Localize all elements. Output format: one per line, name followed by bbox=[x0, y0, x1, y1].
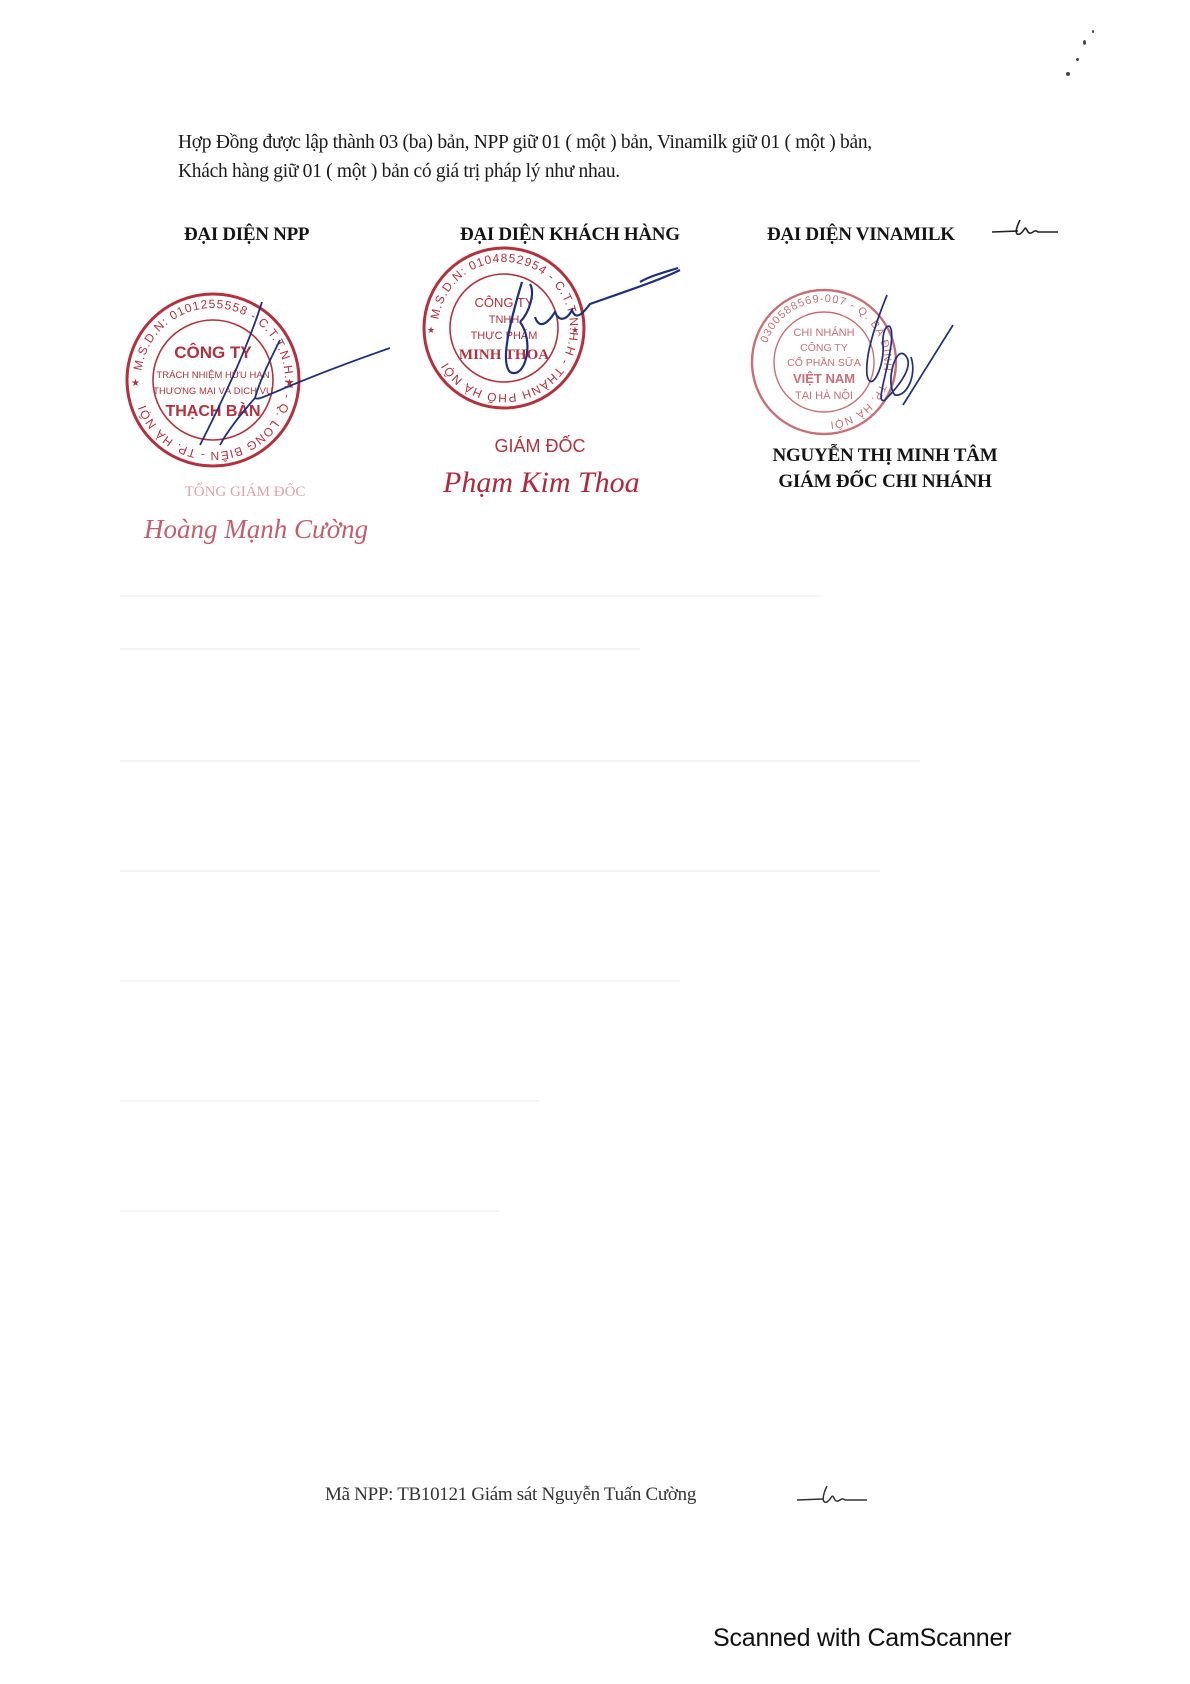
closing-paragraph: Hợp Đồng được lập thành 03 (ba) bản, NPP… bbox=[178, 128, 1078, 186]
heading-vinamilk-representative: ĐẠI DIỆN VINAMILK bbox=[767, 224, 955, 246]
camscanner-watermark: Scanned with CamScanner bbox=[713, 1624, 1011, 1653]
customer-signature-icon bbox=[480, 262, 700, 392]
scan-speck bbox=[1092, 30, 1094, 33]
vinamilk-signer-title: GIÁM ĐỐC CHI NHÁNH bbox=[752, 471, 1018, 493]
bleed-through-line bbox=[120, 1210, 500, 1212]
vinamilk-signature-icon bbox=[845, 285, 955, 425]
bleed-through-line bbox=[120, 870, 880, 872]
bleed-through-line bbox=[120, 595, 820, 597]
paragraph-line-1: Hợp Đồng được lập thành 03 (ba) bản, NPP… bbox=[178, 128, 1078, 157]
svg-text:★: ★ bbox=[131, 378, 140, 389]
paragraph-line-2: Khách hàng giữ 01 ( một ) bản có giá trị… bbox=[178, 157, 1078, 186]
scan-speck bbox=[1066, 72, 1070, 76]
bleed-through-line bbox=[120, 648, 640, 650]
scan-speck bbox=[1083, 40, 1086, 45]
scan-speck bbox=[1076, 58, 1079, 61]
heading-customer-representative: ĐẠI DIỆN KHÁCH HÀNG bbox=[460, 224, 680, 246]
distributor-code-line: Mã NPP: TB10121 Giám sát Nguyễn Tuấn Cườ… bbox=[325, 1484, 696, 1506]
npp-signer-name: Hoàng Mạnh Cường bbox=[144, 514, 368, 545]
npp-signer-title: TỔNG GIÁM ĐỐC bbox=[145, 484, 345, 501]
vinamilk-signer-name: NGUYỄN THỊ MINH TÂM bbox=[752, 445, 1018, 467]
svg-text:CÔNG TY: CÔNG TY bbox=[800, 341, 848, 354]
initials-signature-icon bbox=[990, 214, 1060, 244]
supervisor-initials-icon bbox=[795, 1482, 870, 1512]
distributor-code-text: Mã NPP: TB10121 Giám sát Nguyễn Tuấn Cườ… bbox=[325, 1484, 696, 1505]
svg-text:★: ★ bbox=[427, 325, 435, 335]
heading-npp-representative: ĐẠI DIỆN NPP bbox=[184, 224, 309, 246]
bleed-through-line bbox=[120, 980, 680, 982]
customer-signer-title: GIÁM ĐỐC bbox=[465, 436, 615, 457]
bleed-through-line bbox=[120, 1100, 540, 1102]
customer-signer-name: Phạm Kim Thoa bbox=[443, 466, 640, 500]
npp-signature-icon bbox=[180, 280, 400, 460]
bleed-through-line bbox=[120, 760, 920, 762]
